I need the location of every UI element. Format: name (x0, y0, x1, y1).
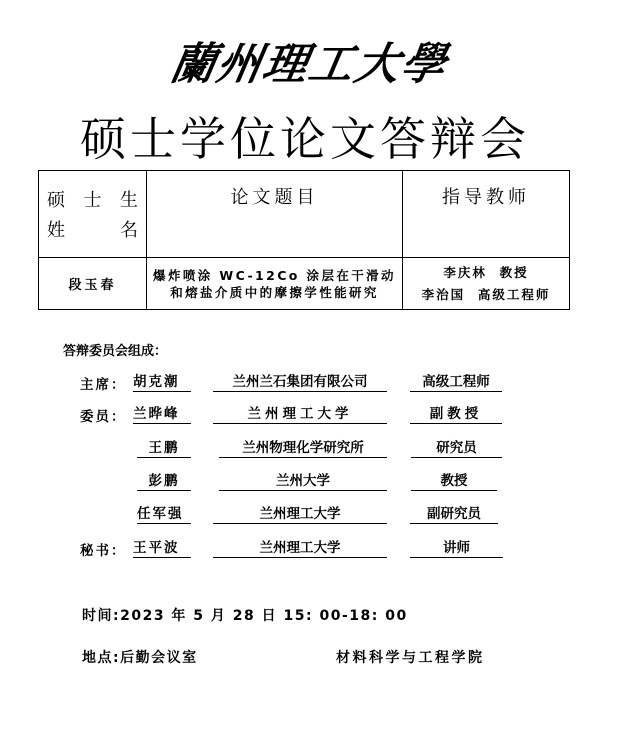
member-rank: 副教授 (410, 405, 502, 424)
table-header-row: 硕 士 生 姓 名 论文题目 指导教师 (39, 171, 570, 258)
thesis-topic: 爆炸喷涂 WC-12Co 涂层在干滑动 和熔盐介质中的摩擦学性能研究 (147, 258, 403, 310)
member-org: 兰州理工大学 (213, 405, 387, 424)
header-thesis-topic: 论文题目 (147, 171, 403, 258)
thesis-table: 硕 士 生 姓 名 论文题目 指导教师 段玉春 爆炸喷涂 WC-12Co 涂层在… (38, 170, 570, 310)
member-rank: 教授 (411, 472, 497, 491)
advisors: 李庆林 教授 李治国 高级工程师 (403, 258, 570, 310)
member-org: 兰州兰石集团有限公司 (213, 373, 387, 392)
table-row: 段玉春 爆炸喷涂 WC-12Co 涂层在干滑动 和熔盐介质中的摩擦学性能研究 李… (39, 258, 570, 310)
member-name: 王鹏 (137, 439, 191, 458)
member-org: 兰州物理化学研究所 (219, 439, 387, 458)
defense-place: 地点:后勤会议室 (82, 647, 198, 667)
topic-line: 爆炸喷涂 WC-12Co 涂层在干滑动 (147, 267, 402, 284)
member-name: 兰晔峰 (133, 405, 191, 424)
advisor-line: 李庆林 教授 (403, 262, 569, 284)
member-rank: 研究员 (411, 439, 502, 458)
member-org: 兰州理工大学 (213, 539, 387, 558)
header-advisor: 指导教师 (403, 171, 570, 258)
member-rank: 讲师 (410, 539, 503, 558)
member-org: 兰州理工大学 (213, 505, 387, 524)
header-char: 名 (120, 216, 138, 246)
member-role: 秘书： (80, 539, 127, 559)
member-rank: 副研究员 (410, 505, 498, 524)
header-char: 姓 (47, 216, 65, 246)
header-student-name: 硕 士 生 姓 名 (39, 171, 147, 258)
university-logo: 蘭州理工大學 (144, 26, 476, 94)
header-char: 士 (84, 186, 102, 216)
page-title: 硕士学位论文答辩会 (80, 106, 530, 166)
member-role: 主席： (80, 373, 127, 393)
member-name: 彭鹏 (137, 472, 191, 491)
header-char: 生 (120, 186, 138, 216)
advisor-line: 李治国 高级工程师 (403, 284, 569, 306)
school-name: 材料科学与工程学院 (336, 647, 485, 667)
member-rank: 高级工程师 (410, 373, 502, 392)
header-char: 硕 (47, 186, 65, 216)
topic-line: 和熔盐介质中的摩擦学性能研究 (147, 284, 402, 301)
student-name: 段玉春 (39, 258, 147, 310)
member-org: 兰州大学 (219, 472, 387, 491)
member-name: 胡克潮 (133, 373, 191, 392)
committee-label: 答辩委员会组成： (63, 340, 167, 359)
member-role: 委员： (80, 405, 127, 425)
defense-time: 时间:2023 年 5 月 28 日 15: 00-18: 00 (82, 605, 408, 625)
member-name: 王平波 (133, 539, 191, 558)
member-name: 任军强 (137, 505, 191, 524)
